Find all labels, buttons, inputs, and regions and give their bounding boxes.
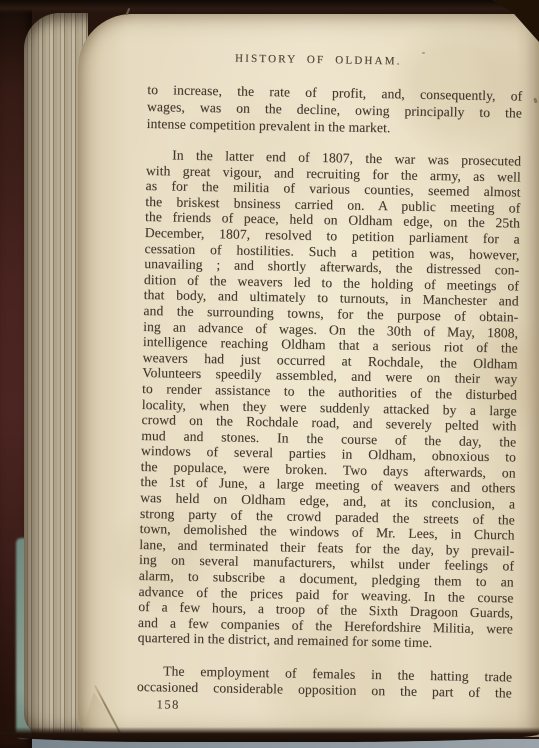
paragraph: to increase, the rate of profit, and, co… — [147, 81, 523, 139]
cover-bottom-edge — [0, 727, 539, 742]
dust-speck — [422, 52, 425, 54]
book-photo: HISTORY OF OLDHAM. to increase, the rate… — [0, 0, 539, 748]
paragraph: The employment of females in the hatting… — [137, 663, 513, 702]
running-header: HISTORY OF OLDHAM. — [131, 50, 506, 71]
book-page: HISTORY OF OLDHAM. to increase, the rate… — [78, 14, 539, 737]
paragraph: In the latter end of 1807, the war was p… — [138, 147, 522, 652]
paragraphs: to increase, the rate of profit, and, co… — [137, 81, 523, 701]
dust-speck — [533, 98, 537, 104]
cover-top-edge — [0, 0, 539, 13]
text-block: HISTORY OF OLDHAM. to increase, the rate… — [136, 50, 522, 718]
